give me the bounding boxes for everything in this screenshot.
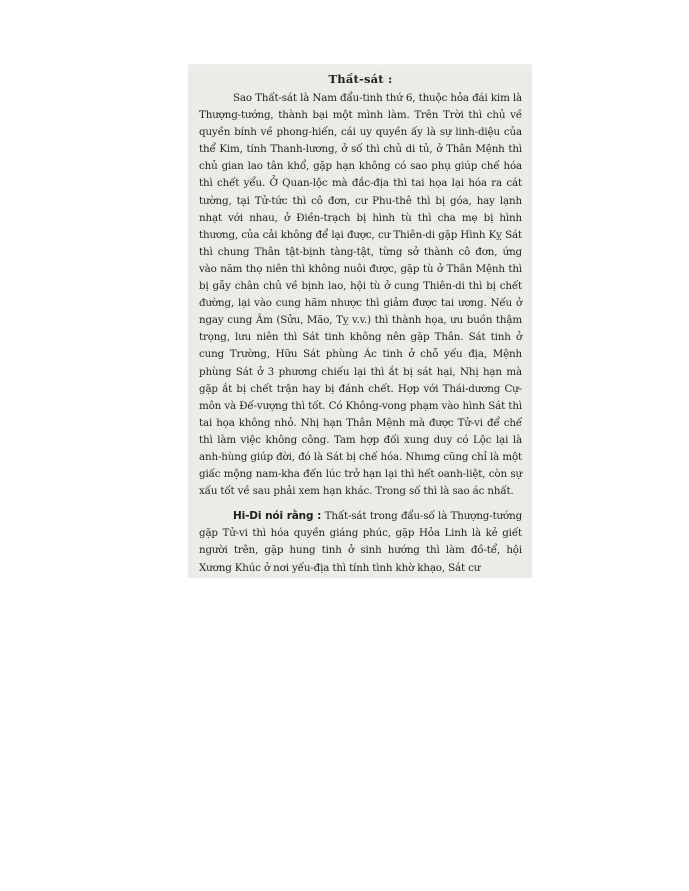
paragraph-1-text: Sao Thất-sát là Nam đẩu-tinh thứ 6, thuộ… (199, 92, 522, 497)
paragraph-2-lead: Hi-Di nói rằng : (233, 510, 321, 522)
paragraph-2: Hi-Di nói rằng : Thất-sát trong đẩu-số l… (199, 508, 522, 576)
section-title: Thất-sát : (199, 72, 522, 86)
paragraph-1: Sao Thất-sát là Nam đẩu-tinh thứ 6, thuộ… (199, 90, 522, 500)
scanned-book-page: Thất-sát : Sao Thất-sát là Nam đẩu-tinh … (188, 64, 532, 578)
